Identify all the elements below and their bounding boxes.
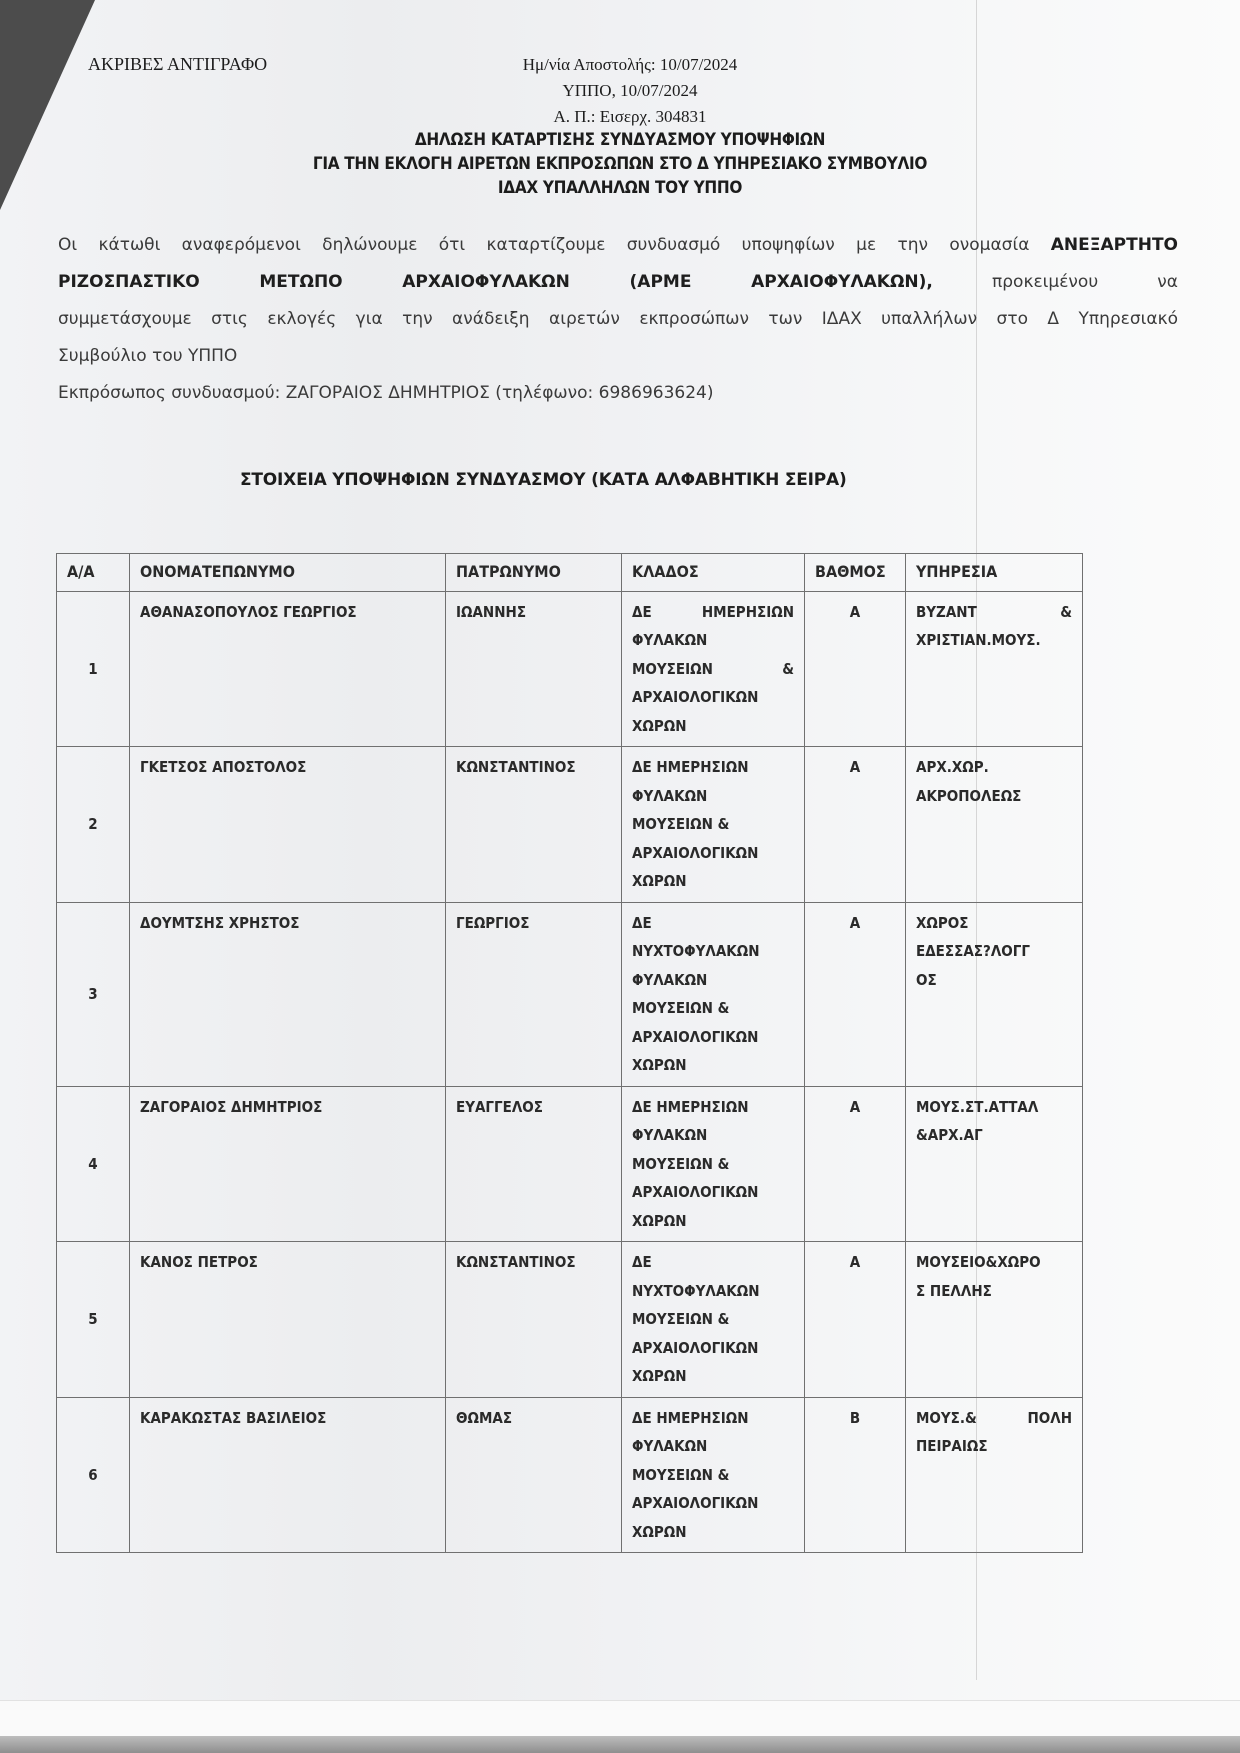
father-name: ΙΩΑΝΝΗΣ <box>446 591 622 747</box>
copy-stamp: ΑΚΡΙΒΕΣ ΑΝΤΙΓΡΑΦΟ <box>88 54 267 75</box>
coalition-name-part-2: ΡΙΖΟΣΠΑΣΤΙΚΟ ΜΕΤΩΠΟ ΑΡΧΑΙΟΦΥΛΑΚΩΝ (ΑΡΜΕ … <box>58 272 933 292</box>
service-line: ΧΡΙΣΤΙΑΝ.ΜΟΥΣ. <box>916 626 1072 655</box>
father-name: ΚΩΝΣΤΑΝΤΙΝΟΣ <box>446 747 622 903</box>
scanner-edge <box>0 1736 1240 1753</box>
row-number: 6 <box>57 1397 130 1553</box>
branch-cell: ΔΕ ΗΜΕΡΗΣΙΩΝΦΥΛΑΚΩΝΜΟΥΣΕΙΩΝ &ΑΡΧΑΙΟΛΟΓΙΚ… <box>622 591 805 747</box>
title-line-2: ΓΙΑ ΤΗΝ ΕΚΛΟΓΗ ΑΙΡΕΤΩΝ ΕΚΠΡΟΣΩΠΩΝ ΣΤΟ Δ … <box>120 152 1120 176</box>
grade-cell: Α <box>805 747 906 903</box>
branch-line: ΑΡΧΑΙΟΛΟΓΙΚΩΝ <box>632 839 794 868</box>
representative-line: Εκπρόσωπος συνδυασμού: ΖΑΓΟΡΑΙΟΣ ΔΗΜΗΤΡΙ… <box>58 375 1178 412</box>
section-title: ΣΤΟΙΧΕΙΑ ΥΠΟΨΗΦΙΩΝ ΣΥΝΔΥΑΣΜΟΥ (ΚΑΤΑ ΑΛΦΑ… <box>240 470 847 490</box>
row-number: 1 <box>57 591 130 747</box>
table-row: 5ΚΑΝΟΣ ΠΕΤΡΟΣΚΩΝΣΤΑΝΤΙΝΟΣΔΕΝΥΧΤΟΦΥΛΑΚΩΝΜ… <box>57 1242 1083 1398</box>
branch-line: ΦΥΛΑΚΩΝ <box>632 782 794 811</box>
declaration-line-2: ΡΙΖΟΣΠΑΣΤΙΚΟ ΜΕΤΩΠΟ ΑΡΧΑΙΟΦΥΛΑΚΩΝ (ΑΡΜΕ … <box>58 264 1178 301</box>
branch-line: ΑΡΧΑΙΟΛΟΓΙΚΩΝ <box>632 683 794 712</box>
grade-cell: Α <box>805 1086 906 1242</box>
service-line: ΕΔΕΣΣΑΣ?ΛΟΓΓ <box>916 937 1072 966</box>
declaration-line-1: Οι κάτωθι αναφερόμενοι δηλώνουμε ότι κατ… <box>58 227 1178 264</box>
row-number: 2 <box>57 747 130 903</box>
candidate-name: ΚΑΝΟΣ ΠΕΤΡΟΣ <box>130 1242 446 1398</box>
scanned-page: ΑΚΡΙΒΕΣ ΑΝΤΙΓΡΑΦΟ Ημ/νία Αποστολής: 10/0… <box>0 0 1240 1700</box>
branch-cell: ΔΕΝΥΧΤΟΦΥΛΑΚΩΝΦΥΛΑΚΩΝΜΟΥΣΕΙΩΝ &ΑΡΧΑΙΟΛΟΓ… <box>622 902 805 1086</box>
title-line-3: ΙΔΑΧ ΥΠΑΛΛΗΛΩΝ ΤΟΥ ΥΠΠΟ <box>120 176 1120 200</box>
declaration-line-4: Συμβούλιο του ΥΠΠΟ <box>58 338 1178 375</box>
service-cell: ΑΡΧ.ΧΩΡ.ΑΚΡΟΠΟΛΕΩΣ <box>906 747 1083 903</box>
branch-line: ΝΥΧΤΟΦΥΛΑΚΩΝ <box>632 937 794 966</box>
service-cell: ΒΥΖΑΝΤ &ΧΡΙΣΤΙΑΝ.ΜΟΥΣ. <box>906 591 1083 747</box>
branch-line: ΑΡΧΑΙΟΛΟΓΙΚΩΝ <box>632 1489 794 1518</box>
father-name: ΘΩΜΑΣ <box>446 1397 622 1553</box>
header-service: ΥΠΗΡΕΣΙΑ <box>906 554 1083 592</box>
service-line: ΑΚΡΟΠΟΛΕΩΣ <box>916 782 1072 811</box>
branch-line: ΧΩΡΩΝ <box>632 1051 794 1080</box>
send-date: Ημ/νία Αποστολής: 10/07/2024 <box>440 52 820 77</box>
protocol-number: Α. Π.: Εισερχ. 304831 <box>440 104 820 129</box>
branch-line: ΧΩΡΩΝ <box>632 867 794 896</box>
branch-line: ΦΥΛΑΚΩΝ <box>632 626 794 655</box>
service-cell: ΜΟΥΣ.& ΠΟΛΗΠΕΙΡΑΙΩΣ <box>906 1397 1083 1553</box>
branch-line: ΧΩΡΩΝ <box>632 712 794 741</box>
branch-cell: ΔΕ ΗΜΕΡΗΣΙΩΝΦΥΛΑΚΩΝΜΟΥΣΕΙΩΝ &ΑΡΧΑΙΟΛΟΓΙΚ… <box>622 1397 805 1553</box>
father-name: ΚΩΝΣΤΑΝΤΙΝΟΣ <box>446 1242 622 1398</box>
registry-date: ΥΠΠΟ, 10/07/2024 <box>440 78 820 103</box>
service-line: ΠΕΙΡΑΙΩΣ <box>916 1432 1072 1461</box>
service-line: &ΑΡΧ.ΑΓ <box>916 1121 1072 1150</box>
branch-line: ΜΟΥΣΕΙΩΝ & <box>632 1150 794 1179</box>
coalition-name-part-1: ΑΝΕΞΑΡΤΗΤΟ <box>1051 235 1178 255</box>
service-line: ΜΟΥΣ.& ΠΟΛΗ <box>916 1404 1072 1433</box>
branch-line: ΜΟΥΣΕΙΩΝ & <box>632 810 794 839</box>
candidate-name: ΔΟΥΜΤΣΗΣ ΧΡΗΣΤΟΣ <box>130 902 446 1086</box>
service-line: ΜΟΥΣ.ΣΤ.ΑΤΤΑΛ <box>916 1093 1072 1122</box>
branch-line: ΜΟΥΣΕΙΩΝ & <box>632 1461 794 1490</box>
title-line-1: ΔΗΛΩΣΗ ΚΑΤΑΡΤΙΣΗΣ ΣΥΝΔΥΑΣΜΟΥ ΥΠΟΨΗΦΙΩΝ <box>120 128 1120 152</box>
branch-line: ΜΟΥΣΕΙΩΝ & <box>632 1305 794 1334</box>
table-row: 1ΑΘΑΝΑΣΟΠΟΥΛΟΣ ΓΕΩΡΓΙΟΣΙΩΑΝΝΗΣΔΕ ΗΜΕΡΗΣΙ… <box>57 591 1083 747</box>
branch-line: ΔΕ <box>632 1248 794 1277</box>
branch-line: ΧΩΡΩΝ <box>632 1207 794 1236</box>
candidate-name: ΖΑΓΟΡΑΙΟΣ ΔΗΜΗΤΡΙΟΣ <box>130 1086 446 1242</box>
branch-cell: ΔΕΝΥΧΤΟΦΥΛΑΚΩΝΜΟΥΣΕΙΩΝ &ΑΡΧΑΙΟΛΟΓΙΚΩΝΧΩΡ… <box>622 1242 805 1398</box>
table-row: 2ΓΚΕΤΣΟΣ ΑΠΟΣΤΟΛΟΣΚΩΝΣΤΑΝΤΙΝΟΣΔΕ ΗΜΕΡΗΣΙ… <box>57 747 1083 903</box>
branch-line: ΔΕ ΗΜΕΡΗΣΙΩΝ <box>632 753 794 782</box>
branch-line: ΜΟΥΣΕΙΩΝ & <box>632 655 794 684</box>
declaration-paragraph: Οι κάτωθι αναφερόμενοι δηλώνουμε ότι κατ… <box>58 227 1178 412</box>
branch-line: ΔΕ ΗΜΕΡΗΣΙΩΝ <box>632 598 794 627</box>
table-row: 4ΖΑΓΟΡΑΙΟΣ ΔΗΜΗΤΡΙΟΣΕΥΑΓΓΕΛΟΣΔΕ ΗΜΕΡΗΣΙΩ… <box>57 1086 1083 1242</box>
table-header-row: Α/Α ΟΝΟΜΑΤΕΠΩΝΥΜΟ ΠΑΤΡΩΝΥΜΟ ΚΛΑΔΟΣ ΒΑΘΜΟ… <box>57 554 1083 592</box>
branch-line: ΑΡΧΑΙΟΛΟΓΙΚΩΝ <box>632 1334 794 1363</box>
table-row: 6ΚΑΡΑΚΩΣΤΑΣ ΒΑΣΙΛΕΙΟΣΘΩΜΑΣΔΕ ΗΜΕΡΗΣΙΩΝΦΥ… <box>57 1397 1083 1553</box>
declaration-line-3: συμμετάσχουμε στις εκλογές για την ανάδε… <box>58 301 1178 338</box>
father-name: ΓΕΩΡΓΙΟΣ <box>446 902 622 1086</box>
row-number: 4 <box>57 1086 130 1242</box>
service-cell: ΜΟΥΣ.ΣΤ.ΑΤΤΑΛ&ΑΡΧ.ΑΓ <box>906 1086 1083 1242</box>
service-line: Σ ΠΕΛΛΗΣ <box>916 1277 1072 1306</box>
branch-line: ΦΥΛΑΚΩΝ <box>632 1432 794 1461</box>
service-line: ΑΡΧ.ΧΩΡ. <box>916 753 1072 782</box>
service-line: ΧΩΡΟΣ <box>916 909 1072 938</box>
branch-line: ΔΕ ΗΜΕΡΗΣΙΩΝ <box>632 1093 794 1122</box>
scan-corner-shadow <box>0 0 95 210</box>
branch-line: ΜΟΥΣΕΙΩΝ & <box>632 994 794 1023</box>
service-line: ΜΟΥΣΕΙΟ&ΧΩΡΟ <box>916 1248 1072 1277</box>
row-number: 3 <box>57 902 130 1086</box>
branch-cell: ΔΕ ΗΜΕΡΗΣΙΩΝΦΥΛΑΚΩΝΜΟΥΣΕΙΩΝ &ΑΡΧΑΙΟΛΟΓΙΚ… <box>622 747 805 903</box>
branch-cell: ΔΕ ΗΜΕΡΗΣΙΩΝΦΥΛΑΚΩΝΜΟΥΣΕΙΩΝ &ΑΡΧΑΙΟΛΟΓΙΚ… <box>622 1086 805 1242</box>
grade-cell: Α <box>805 591 906 747</box>
service-cell: ΜΟΥΣΕΙΟ&ΧΩΡΟΣ ΠΕΛΛΗΣ <box>906 1242 1083 1398</box>
father-name: ΕΥΑΓΓΕΛΟΣ <box>446 1086 622 1242</box>
header-aa: Α/Α <box>57 554 130 592</box>
branch-line: ΝΥΧΤΟΦΥΛΑΚΩΝ <box>632 1277 794 1306</box>
branch-line: ΧΩΡΩΝ <box>632 1518 794 1547</box>
service-line: ΒΥΖΑΝΤ & <box>916 598 1072 627</box>
branch-line: ΑΡΧΑΙΟΛΟΓΙΚΩΝ <box>632 1178 794 1207</box>
branch-line: ΑΡΧΑΙΟΛΟΓΙΚΩΝ <box>632 1023 794 1052</box>
service-cell: ΧΩΡΟΣΕΔΕΣΣΑΣ?ΛΟΓΓΟΣ <box>906 902 1083 1086</box>
branch-line: ΦΥΛΑΚΩΝ <box>632 1121 794 1150</box>
candidate-name: ΓΚΕΤΣΟΣ ΑΠΟΣΤΟΛΟΣ <box>130 747 446 903</box>
candidate-name: ΚΑΡΑΚΩΣΤΑΣ ΒΑΣΙΛΕΙΟΣ <box>130 1397 446 1553</box>
service-line: ΟΣ <box>916 966 1072 995</box>
branch-line: ΧΩΡΩΝ <box>632 1362 794 1391</box>
candidate-name: ΑΘΑΝΑΣΟΠΟΥΛΟΣ ΓΕΩΡΓΙΟΣ <box>130 591 446 747</box>
grade-cell: Α <box>805 1242 906 1398</box>
branch-line: ΔΕ ΗΜΕΡΗΣΙΩΝ <box>632 1404 794 1433</box>
grade-cell: Α <box>805 902 906 1086</box>
header-name: ΟΝΟΜΑΤΕΠΩΝΥΜΟ <box>130 554 446 592</box>
header-grade: ΒΑΘΜΟΣ <box>805 554 906 592</box>
header-father-name: ΠΑΤΡΩΝΥΜΟ <box>446 554 622 592</box>
candidates-table: Α/Α ΟΝΟΜΑΤΕΠΩΝΥΜΟ ΠΑΤΡΩΝΥΜΟ ΚΛΑΔΟΣ ΒΑΘΜΟ… <box>56 553 1083 1553</box>
grade-cell: Β <box>805 1397 906 1553</box>
branch-line: ΔΕ <box>632 909 794 938</box>
table-row: 3ΔΟΥΜΤΣΗΣ ΧΡΗΣΤΟΣΓΕΩΡΓΙΟΣΔΕΝΥΧΤΟΦΥΛΑΚΩΝΦ… <box>57 902 1083 1086</box>
branch-line: ΦΥΛΑΚΩΝ <box>632 966 794 995</box>
header-branch: ΚΛΑΔΟΣ <box>622 554 805 592</box>
row-number: 5 <box>57 1242 130 1398</box>
